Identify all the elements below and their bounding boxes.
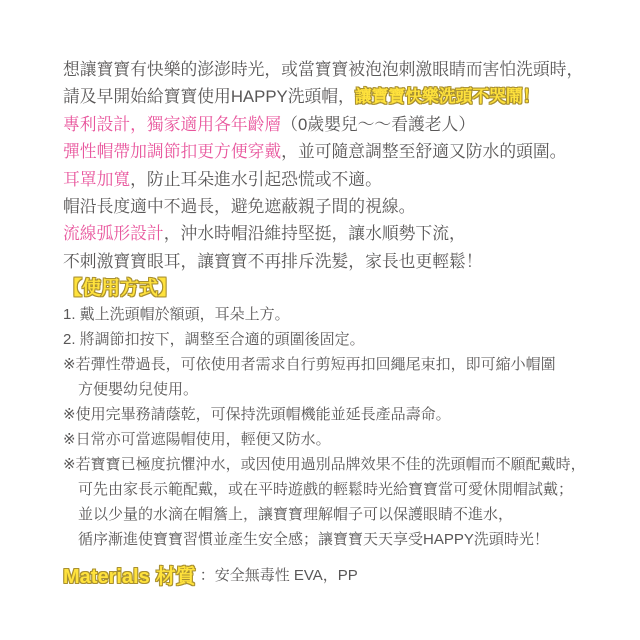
usage-step-1-text: 1. 戴上洗頭帽於額頭，耳朵上方。 [63,306,290,323]
intro-line-6: 帽沿長度適中不過長，避免遮蔽親子間的視線。 [63,193,608,220]
highlight-happy-wash-slogan: 讓寶寶快樂洗頭不哭鬧！ [355,87,540,106]
usage-note-resistance-3-text: 並以少量的水滴在帽簷上，讓寶寶理解帽子可以保護眼睛不進水， [78,506,513,523]
feature-wide-ear-cover: 耳罩加寬 [63,170,130,189]
materials-label-zh: 材質 [156,566,196,588]
intro-line-7: 流線弧形設計，沖水時帽沿維持堅挺，讓水順勢下流， [63,220,608,247]
feature-curved-design: 流線弧形設計 [63,224,164,243]
materials-line: Materials材質：安全無毒性 EVA，PP [63,560,608,589]
usage-note-dry: ※使用完畢務請蔭乾，可保持洗頭帽機能並延長產品壽命。 [63,402,608,427]
materials-label: Materials材質 [63,560,196,589]
materials-separator: ： [200,564,215,585]
intro-line-6-text: 帽沿長度適中不過長，避免遮蔽親子間的視線。 [63,197,415,216]
usage-step-2: 2. 將調節扣按下，調整至合適的頭圍後固定。 [63,327,608,352]
materials-label-en: Materials [63,566,150,588]
usage-note-resistance-2: 可先由家長示範配戴，或在平時遊戲的輕鬆時光給寶寶當可愛休閒帽試戴； [63,477,608,502]
usage-section-heading: 【使用方式】 [63,275,608,302]
intro-line-3-rest: （0歲嬰兒～～看護老人） [281,115,475,134]
intro-line-4-rest: ，並可隨意調整至舒適又防水的頭圍。 [281,142,566,161]
product-description-page: 想讓寶寶有快樂的澎澎時光，或當寶寶被泡泡刺激眼睛而害怕洗頭時， 請及早開始給寶寶… [0,0,640,640]
intro-line-1: 想讓寶寶有快樂的澎澎時光，或當寶寶被泡泡刺激眼睛而害怕洗頭時， [63,56,608,83]
usage-step-1: 1. 戴上洗頭帽於額頭，耳朵上方。 [63,302,608,327]
usage-note-elastic-band-1-text: ※若彈性帶過長，可依使用者需求自行剪短再扣回繩尾束扣，即可縮小帽圍 [63,356,556,373]
intro-line-1-text: 想讓寶寶有快樂的澎澎時光，或當寶寶被泡泡刺激眼睛而害怕洗頭時， [63,60,583,79]
usage-step-2-text: 2. 將調節扣按下，調整至合適的頭圍後固定。 [63,331,365,348]
usage-note-resistance-1: ※若寶寶已極度抗懼沖水，或因使用過別品牌效果不佳的洗頭帽而不願配戴時， [63,452,608,477]
usage-note-sun-hat: ※日常亦可當遮陽帽使用，輕便又防水。 [63,427,608,452]
feature-elastic-band: 彈性帽帶加調節扣更方便穿戴 [63,142,281,161]
usage-note-resistance-4-text: 循序漸進使寶寶習慣並產生安全感；讓寶寶天天享受HAPPY洗頭時光！ [78,531,549,548]
usage-note-elastic-band-2-text: 方便嬰幼兒使用。 [78,381,198,398]
intro-line-2-text: 請及早開始給寶寶使用HAPPY洗頭帽， [63,87,355,106]
usage-note-resistance-3: 並以少量的水滴在帽簷上，讓寶寶理解帽子可以保護眼睛不進水， [63,502,608,527]
description-content: 想讓寶寶有快樂的澎澎時光，或當寶寶被泡泡刺激眼睛而害怕洗頭時， 請及早開始給寶寶… [63,56,608,589]
intro-line-5-rest: ，防止耳朵進水引起恐慌或不適。 [130,170,382,189]
intro-line-5: 耳罩加寬，防止耳朵進水引起恐慌或不適。 [63,166,608,193]
intro-line-4: 彈性帽帶加調節扣更方便穿戴，並可隨意調整至舒適又防水的頭圍。 [63,138,608,165]
usage-note-dry-text: ※使用完畢務請蔭乾，可保持洗頭帽機能並延長產品壽命。 [63,406,451,423]
feature-patent-design: 專利設計，獨家適用各年齡層 [63,115,281,134]
materials-value: 安全無毒性 EVA，PP [215,564,358,585]
intro-line-8: 不刺激寶寶眼耳，讓寶寶不再排斥洗髮，家長也更輕鬆！ [63,248,608,275]
intro-line-2: 請及早開始給寶寶使用HAPPY洗頭帽，讓寶寶快樂洗頭不哭鬧！ [63,83,608,110]
intro-line-3: 專利設計，獨家適用各年齡層（0歲嬰兒～～看護老人） [63,111,608,138]
intro-line-7-rest: ，沖水時帽沿維持堅挺，讓水順勢下流， [164,224,466,243]
usage-note-resistance-1-text: ※若寶寶已極度抗懼沖水，或因使用過別品牌效果不佳的洗頭帽而不願配戴時， [63,456,586,473]
usage-note-sun-hat-text: ※日常亦可當遮陽帽使用，輕便又防水。 [63,431,331,448]
usage-note-resistance-2-text: 可先由家長示範配戴，或在平時遊戲的輕鬆時光給寶寶當可愛休閒帽試戴； [78,481,573,498]
usage-note-resistance-4: 循序漸進使寶寶習慣並產生安全感；讓寶寶天天享受HAPPY洗頭時光！ [63,527,608,552]
usage-note-elastic-band-2: 方便嬰幼兒使用。 [63,377,608,402]
usage-note-elastic-band-1: ※若彈性帶過長，可依使用者需求自行剪短再扣回繩尾束扣，即可縮小帽圍 [63,352,608,377]
intro-line-8-text: 不刺激寶寶眼耳，讓寶寶不再排斥洗髮，家長也更輕鬆！ [63,252,483,271]
